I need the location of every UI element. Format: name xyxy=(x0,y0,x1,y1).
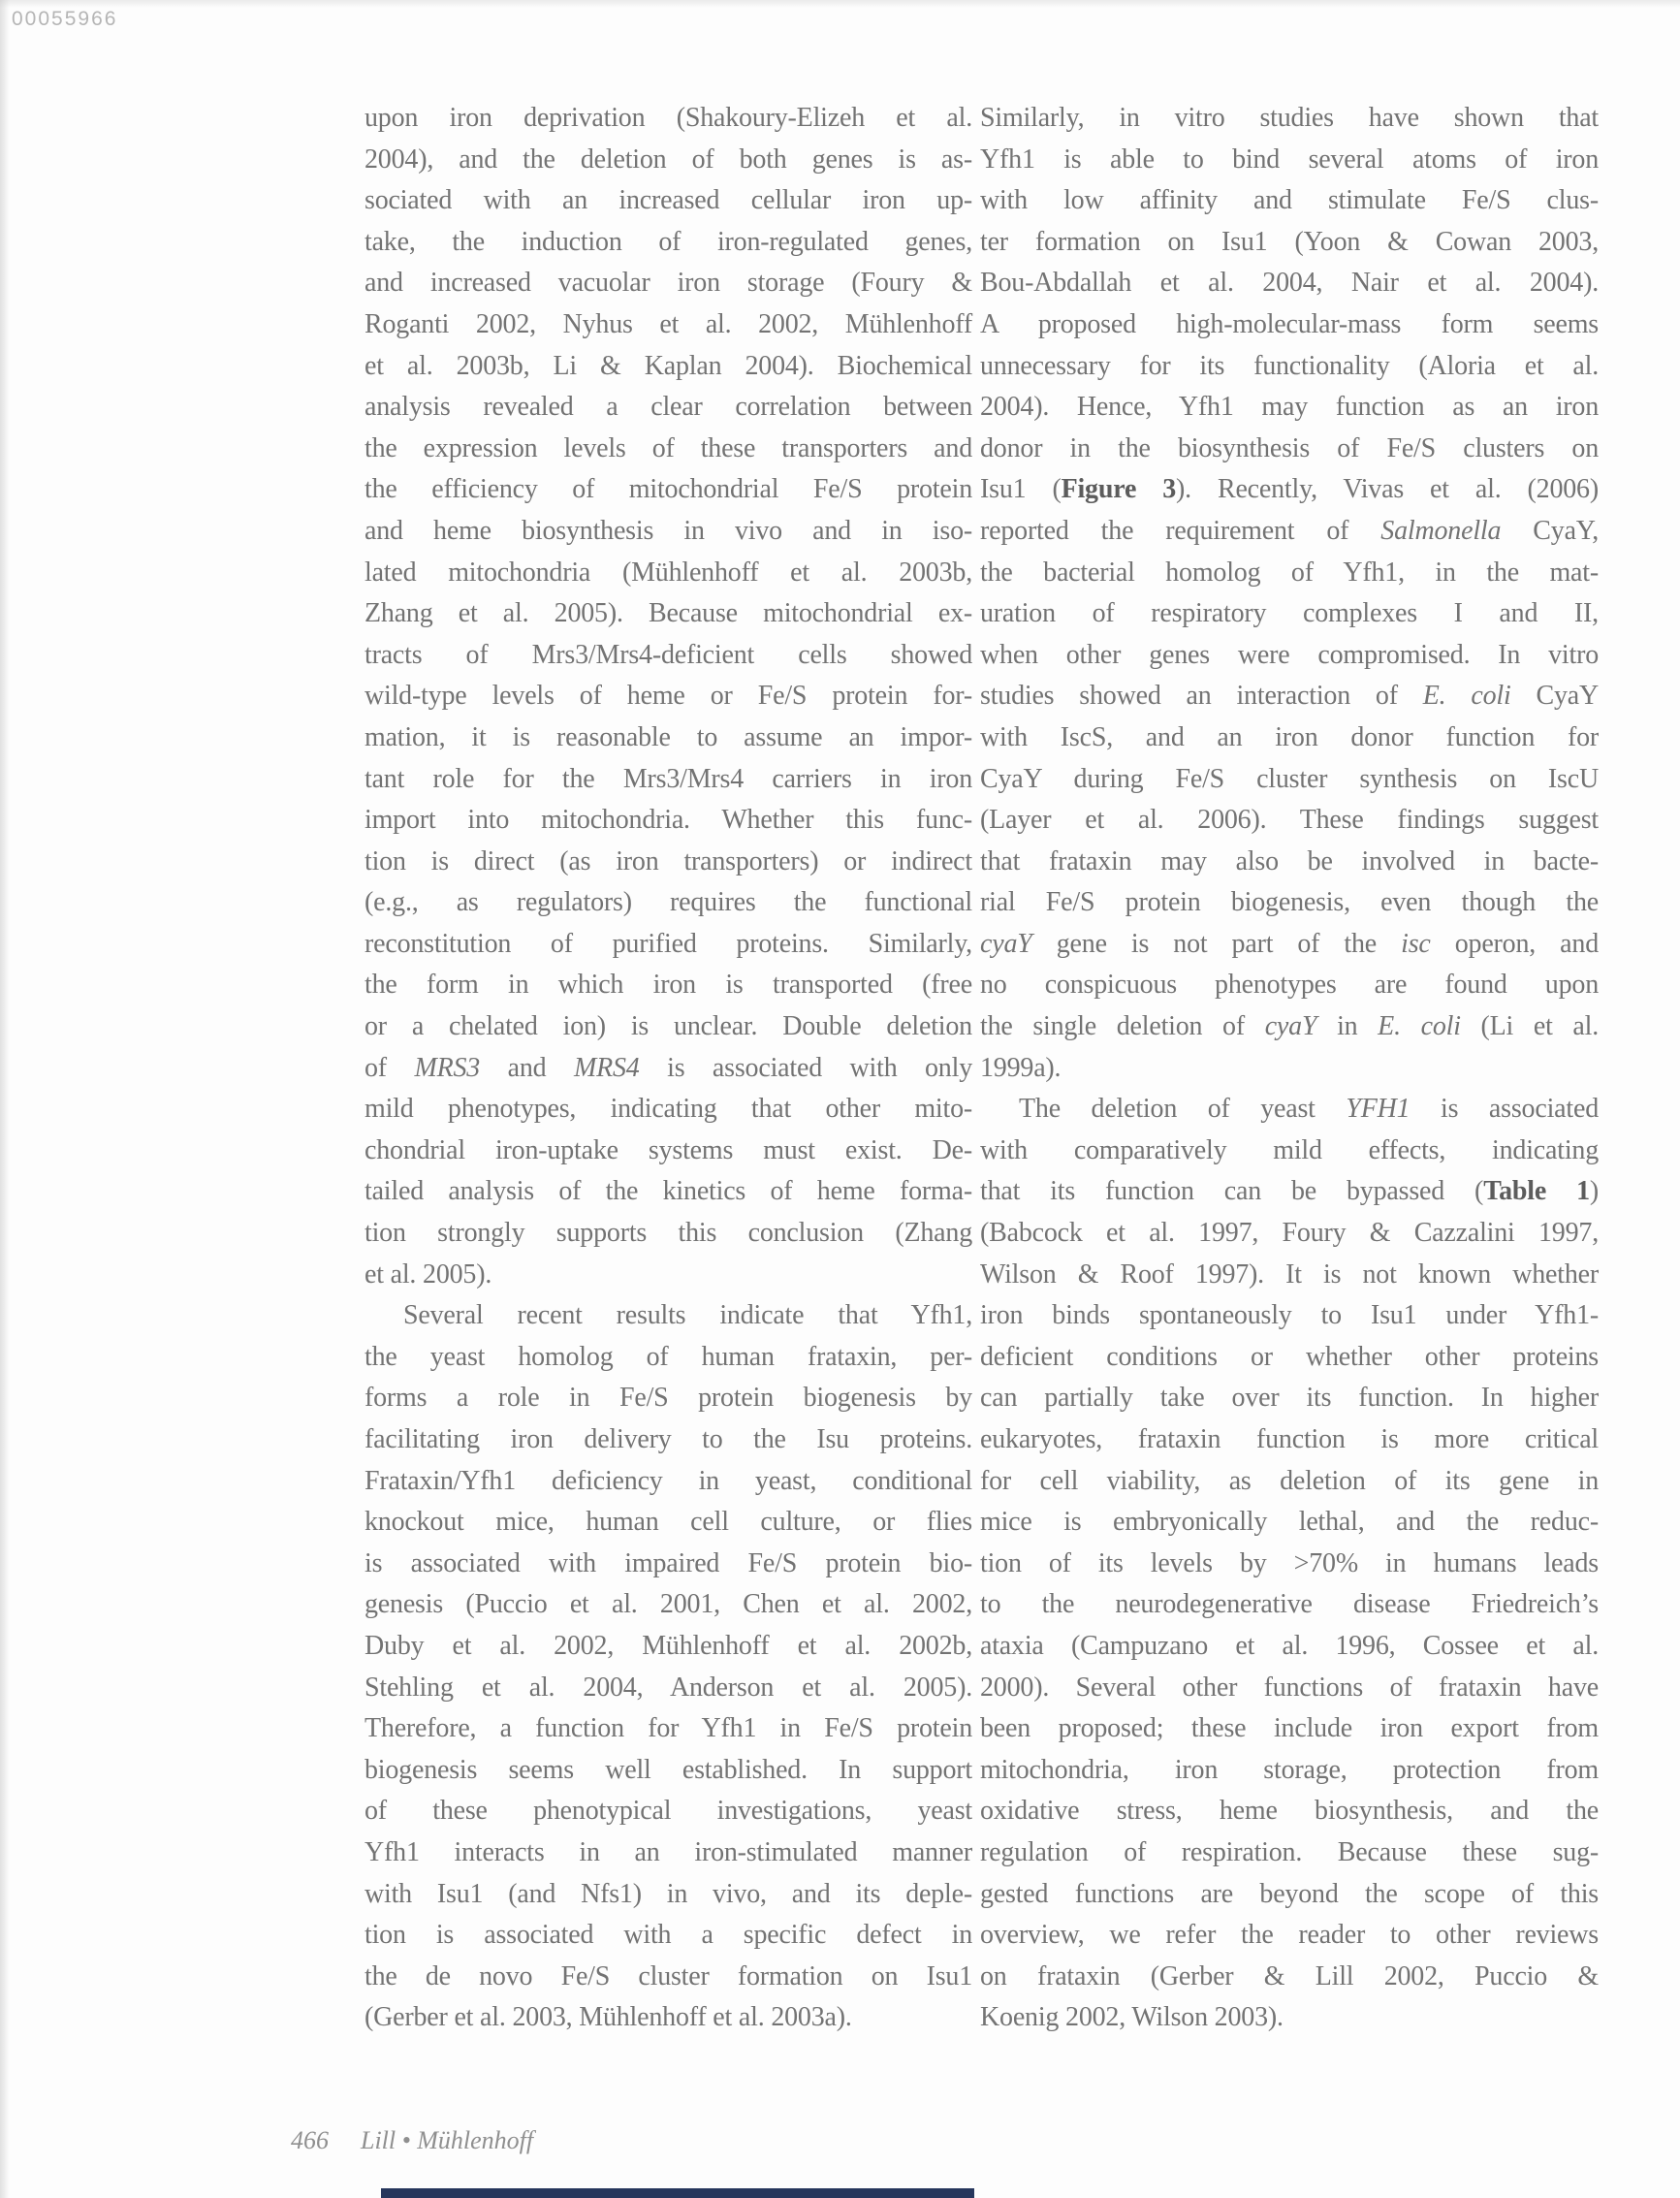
text-line: CyaY during Fe/S cluster synthesis on Is… xyxy=(980,759,1599,801)
text-line: of MRS3 and MRS4 is associated with only xyxy=(365,1048,972,1090)
text-line: chondrial iron-uptake systems must exist… xyxy=(365,1131,972,1172)
text-line: Frataxin/Yfh1 deficiency in yeast, condi… xyxy=(365,1461,972,1503)
text-line: (Gerber et al. 2003, Mühlenhoff et al. 2… xyxy=(365,1997,972,2039)
text-line: with IscS, and an iron donor function fo… xyxy=(980,717,1599,759)
text-line: (e.g., as regulators) requires the funct… xyxy=(365,882,972,924)
text-line: been proposed; these include iron export… xyxy=(980,1708,1599,1750)
text-line: et al. 2005). xyxy=(365,1255,972,1296)
text-line: Duby et al. 2002, Mühlenhoff et al. 2002… xyxy=(365,1626,972,1668)
left-text-column: upon iron deprivation (Shakoury-Elizeh e… xyxy=(365,98,972,2039)
text-line: regulation of respiration. Because these… xyxy=(980,1832,1599,1874)
text-line: iron binds spontaneously to Isu1 under Y… xyxy=(980,1295,1599,1337)
text-line: mitochondria, iron storage, protection f… xyxy=(980,1750,1599,1792)
text-line: of these phenotypical investigations, ye… xyxy=(365,1791,972,1832)
text-line: the single deletion of cyaY in E. coli (… xyxy=(980,1006,1599,1048)
bottom-dark-bar xyxy=(381,2188,974,2198)
text-line: import into mitochondria. Whether this f… xyxy=(365,800,972,842)
text-line: mice is embryonically lethal, and the re… xyxy=(980,1502,1599,1544)
text-line: lated mitochondria (Mühlenhoff et al. 20… xyxy=(365,553,972,594)
text-line: upon iron deprivation (Shakoury-Elizeh e… xyxy=(365,98,972,140)
text-line: that its function can be bypassed (Table… xyxy=(980,1171,1599,1213)
text-line: when other genes were compromised. In vi… xyxy=(980,635,1599,677)
text-line: sociated with an increased cellular iron… xyxy=(365,180,972,222)
text-line: can partially take over its function. In… xyxy=(980,1378,1599,1419)
text-line: and heme biosynthesis in vivo and in iso… xyxy=(365,511,972,553)
text-line: ataxia (Campuzano et al. 1996, Cossee et… xyxy=(980,1626,1599,1668)
text-line: cyaY gene is not part of the isc operon,… xyxy=(980,924,1599,966)
text-line: Zhang et al. 2005). Because mitochondria… xyxy=(365,593,972,635)
text-line: facilitating iron delivery to the Isu pr… xyxy=(365,1419,972,1461)
text-line: take, the induction of iron-regulated ge… xyxy=(365,222,972,264)
text-line: reconstitution of purified proteins. Sim… xyxy=(365,924,972,966)
text-line: or a chelated ion) is unclear. Double de… xyxy=(365,1006,972,1048)
text-line: analysis revealed a clear correlation be… xyxy=(365,387,972,429)
text-line: tant role for the Mrs3/Mrs4 carriers in … xyxy=(365,759,972,801)
text-line: tion is direct (as iron transporters) or… xyxy=(365,842,972,883)
text-line: Wilson & Roof 1997). It is not known whe… xyxy=(980,1255,1599,1296)
text-line: Yfh1 interacts in an iron-stimulated man… xyxy=(365,1832,972,1874)
text-line: that frataxin may also be involved in ba… xyxy=(980,842,1599,883)
text-line: Several recent results indicate that Yfh… xyxy=(365,1295,972,1337)
text-line: unnecessary for its functionality (Alori… xyxy=(980,346,1599,388)
text-line: the bacterial homolog of Yfh1, in the ma… xyxy=(980,553,1599,594)
text-line: knockout mice, human cell culture, or fl… xyxy=(365,1502,972,1544)
text-line: oxidative stress, heme biosynthesis, and… xyxy=(980,1791,1599,1832)
text-line: (Babcock et al. 1997, Foury & Cazzalini … xyxy=(980,1213,1599,1255)
text-line: Roganti 2002, Nyhus et al. 2002, Mühlenh… xyxy=(365,304,972,346)
text-line: wild-type levels of heme or Fe/S protein… xyxy=(365,676,972,717)
text-line: tracts of Mrs3/Mrs4-deficient cells show… xyxy=(365,635,972,677)
running-authors: Lill • Mühlenhoff xyxy=(361,2126,533,2155)
text-line: forms a role in Fe/S protein biogenesis … xyxy=(365,1378,972,1419)
text-line: ter formation on Isu1 (Yoon & Cowan 2003… xyxy=(980,222,1599,264)
text-line: tion is associated with a specific defec… xyxy=(365,1915,972,1957)
text-line: the yeast homolog of human frataxin, per… xyxy=(365,1337,972,1379)
text-line: the form in which iron is transported (f… xyxy=(365,965,972,1006)
text-line: to the neurodegenerative disease Friedre… xyxy=(980,1584,1599,1626)
text-line: Similarly, in vitro studies have shown t… xyxy=(980,98,1599,140)
text-line: the expression levels of these transport… xyxy=(365,429,972,470)
text-line: no conspicuous phenotypes are found upon xyxy=(980,965,1599,1006)
text-line: genesis (Puccio et al. 2001, Chen et al.… xyxy=(365,1584,972,1626)
text-line: tion strongly supports this conclusion (… xyxy=(365,1213,972,1255)
right-text-column: Similarly, in vitro studies have shown t… xyxy=(980,98,1599,2039)
text-line: for cell viability, as deletion of its g… xyxy=(980,1461,1599,1503)
text-line: Therefore, a function for Yfh1 in Fe/S p… xyxy=(365,1708,972,1750)
text-line: rial Fe/S protein biogenesis, even thoug… xyxy=(980,882,1599,924)
scanned-paper-page: 00055966 upon iron deprivation (Shakoury… xyxy=(0,0,1680,2198)
text-line: Koenig 2002, Wilson 2003). xyxy=(980,1997,1599,2039)
text-line: the de novo Fe/S cluster formation on Is… xyxy=(365,1957,972,1998)
text-line: Yfh1 is able to bind several atoms of ir… xyxy=(980,140,1599,181)
text-line: reported the requirement of Salmonella C… xyxy=(980,511,1599,553)
text-line: with low affinity and stimulate Fe/S clu… xyxy=(980,180,1599,222)
text-line: et al. 2003b, Li & Kaplan 2004). Biochem… xyxy=(365,346,972,388)
text-line: gested functions are beyond the scope of… xyxy=(980,1874,1599,1916)
text-line: (Layer et al. 2006). These findings sugg… xyxy=(980,800,1599,842)
text-line: overview, we refer the reader to other r… xyxy=(980,1915,1599,1957)
text-line: eukaryotes, frataxin function is more cr… xyxy=(980,1419,1599,1461)
text-line: the efficiency of mitochondrial Fe/S pro… xyxy=(365,469,972,511)
text-line: biogenesis seems well established. In su… xyxy=(365,1750,972,1792)
text-line: A proposed high-molecular-mass form seem… xyxy=(980,304,1599,346)
text-line: Isu1 (Figure 3). Recently, Vivas et al. … xyxy=(980,469,1599,511)
text-line: The deletion of yeast YFH1 is associated xyxy=(980,1089,1599,1131)
scan-watermark-number: 00055966 xyxy=(12,8,117,31)
text-line: deficient conditions or whether other pr… xyxy=(980,1337,1599,1379)
text-line: tion of its levels by >70% in humans lea… xyxy=(980,1544,1599,1585)
text-line: with Isu1 (and Nfs1) in vivo, and its de… xyxy=(365,1874,972,1916)
text-line: 2000). Several other functions of fratax… xyxy=(980,1668,1599,1709)
text-line: on frataxin (Gerber & Lill 2002, Puccio … xyxy=(980,1957,1599,1998)
text-line: studies showed an interaction of E. coli… xyxy=(980,676,1599,717)
text-line: Bou-Abdallah et al. 2004, Nair et al. 20… xyxy=(980,263,1599,304)
text-line: 2004), and the deletion of both genes is… xyxy=(365,140,972,181)
text-line: donor in the biosynthesis of Fe/S cluste… xyxy=(980,429,1599,470)
page-number: 466 xyxy=(291,2126,329,2155)
text-line: mild phenotypes, indicating that other m… xyxy=(365,1089,972,1131)
text-line: uration of respiratory complexes I and I… xyxy=(980,593,1599,635)
text-line: mation, it is reasonable to assume an im… xyxy=(365,717,972,759)
text-line: 2004). Hence, Yfh1 may function as an ir… xyxy=(980,387,1599,429)
text-line: with comparatively mild effects, indicat… xyxy=(980,1131,1599,1172)
text-line: and increased vacuolar iron storage (Fou… xyxy=(365,263,972,304)
text-line: Stehling et al. 2004, Anderson et al. 20… xyxy=(365,1668,972,1709)
text-line: tailed analysis of the kinetics of heme … xyxy=(365,1171,972,1213)
text-line: 1999a). xyxy=(980,1048,1599,1090)
text-line: is associated with impaired Fe/S protein… xyxy=(365,1544,972,1585)
